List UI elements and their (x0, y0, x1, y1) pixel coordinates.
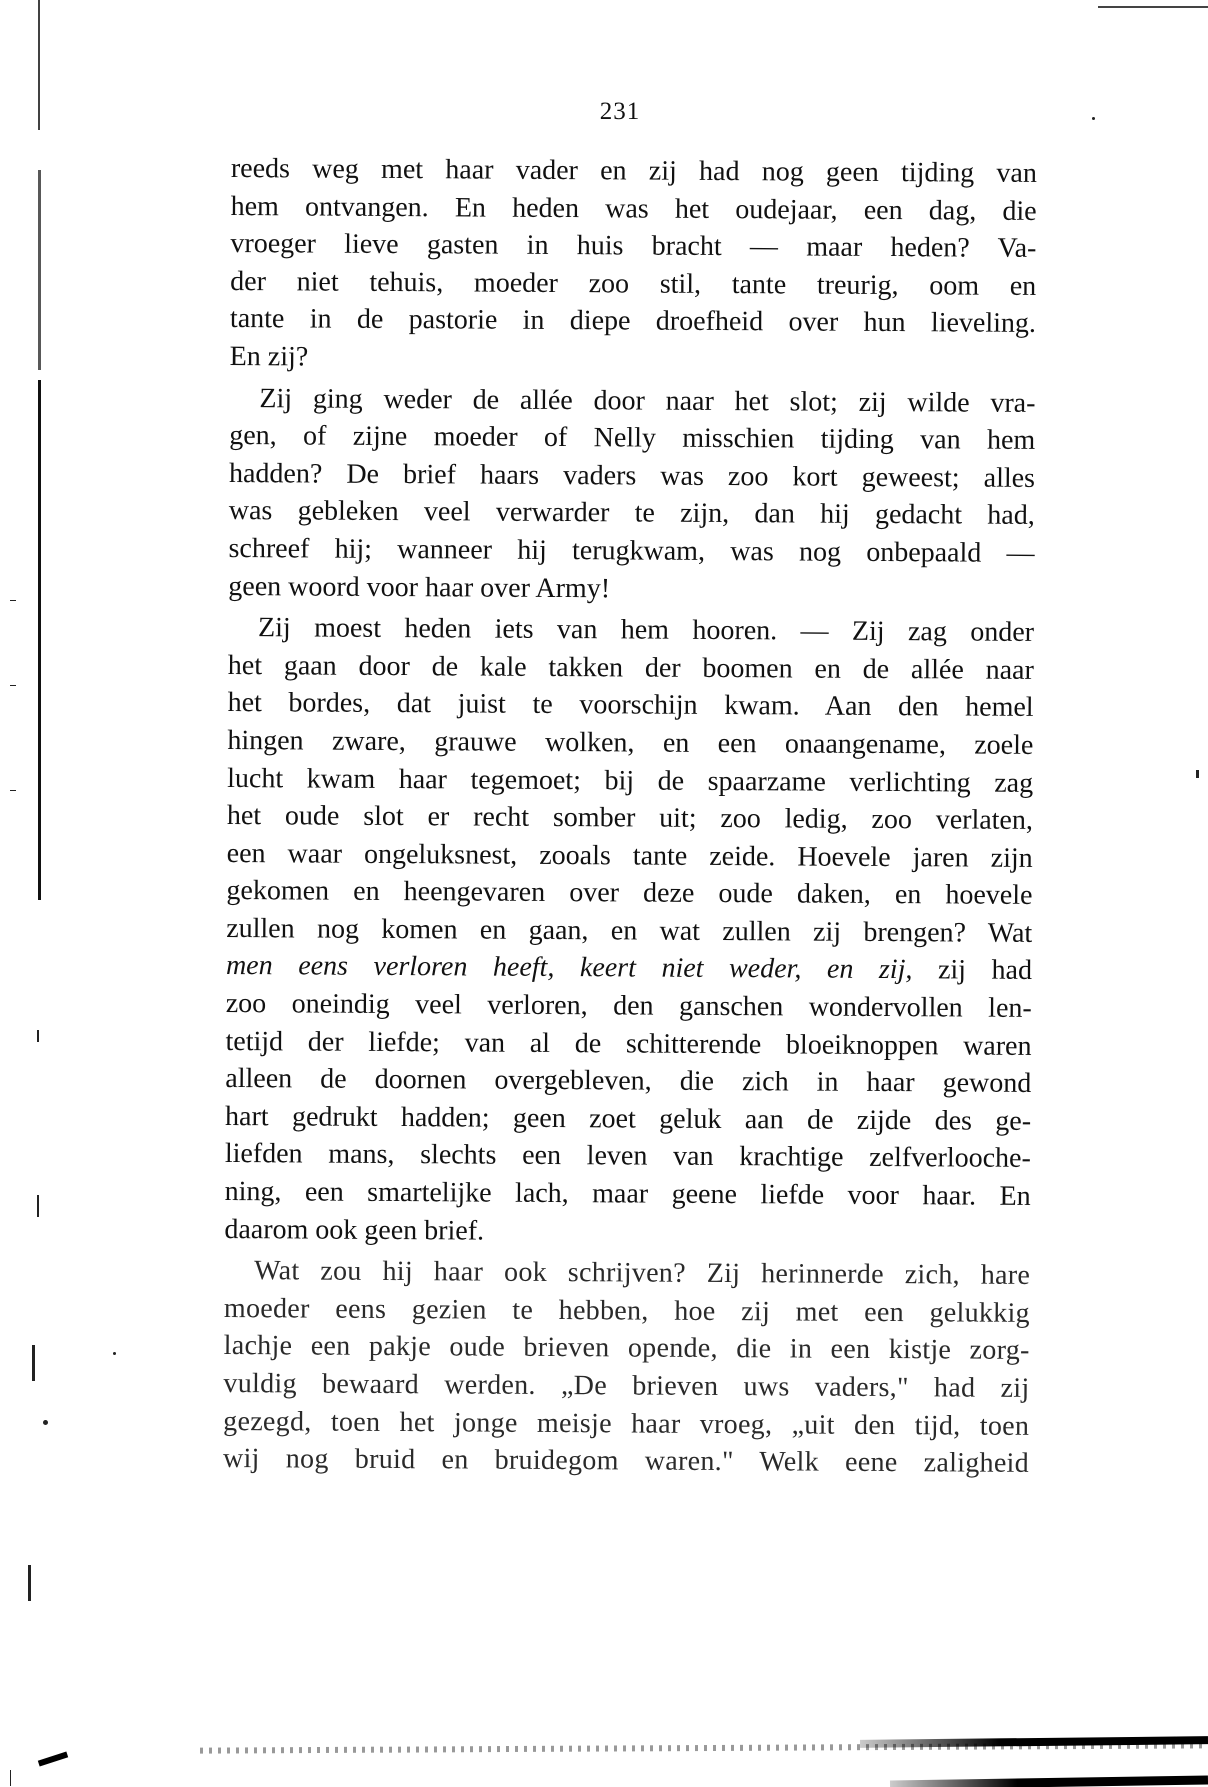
text-line: hem ontvangen. En heden was het oudejaar… (231, 188, 1037, 231)
text-line: Zij moest heden iets van hem hooren. — Z… (228, 609, 1034, 652)
text-line: geen woord voor haar over Army! (228, 568, 1034, 611)
text-line: het oude slot er recht somber uit; zoo l… (227, 797, 1033, 840)
emphasized-text: men eens verloren heeft, keert niet wede… (226, 950, 913, 985)
text-line: reeds weg met haar vader en zij had nog … (231, 150, 1037, 193)
text-line: lachje een pakje oude brieven opende, di… (224, 1327, 1030, 1370)
text-line: gen, of zijne moeder of Nelly misschien … (229, 417, 1035, 460)
text-line: wij nog bruid en bruidegom waren." Welk … (223, 1440, 1029, 1483)
scan-mark (10, 685, 16, 686)
text-line: was gebleken veel verwarder te zijn, dan… (229, 492, 1035, 535)
text-line: lucht kwam haar tegemoet; bij de spaarza… (227, 759, 1033, 802)
text-line: Zij ging weder de allée door naar het sl… (229, 380, 1035, 423)
text-line: een waar ongeluksnest, zooals tante zeid… (227, 835, 1033, 878)
scan-edge-left (38, 170, 41, 370)
scan-dot (1196, 770, 1199, 778)
scan-edge-left (38, 380, 41, 900)
page-number: 231 (16, 98, 1208, 126)
text-line: Wat zou hij haar ook schrijven? Zij heri… (224, 1252, 1030, 1295)
text-line: En zij? (230, 338, 1036, 381)
scan-mark (43, 1420, 48, 1425)
text-line: zullen nog komen en gaan, en wat zullen … (226, 910, 1032, 953)
scan-mark (37, 1195, 39, 1217)
text-line: der niet tehuis, moeder zoo stil, tante … (230, 263, 1036, 306)
text-line: liefden mans, slechts een leven van krac… (225, 1135, 1031, 1178)
body-text: reeds weg met haar vader en zij had nog … (223, 150, 1037, 1483)
scan-mark (10, 790, 16, 791)
text-line: gekomen en heengevaren over deze oude da… (226, 872, 1032, 915)
scan-mark (10, 600, 16, 601)
text-line: ning, een smartelijke lach, maar geene l… (225, 1173, 1031, 1216)
text-line: gezegd, toen het jonge meisje haar vroeg… (223, 1403, 1029, 1446)
text-line: het bordes, dat juist te voorschijn kwam… (228, 684, 1034, 727)
text-line: alleen de doornen overgebleven, die zich… (225, 1060, 1031, 1103)
text-line: vroeger lieve gasten in huis bracht — ma… (230, 225, 1036, 268)
scan-dot (113, 1352, 116, 1355)
book-page: 231 reeds weg met haar vader en zij had … (0, 0, 1208, 1787)
text-fragment: zij had (912, 955, 1032, 987)
text-line: hingen zware, grauwe wolken, en een onaa… (227, 722, 1033, 765)
text-line: hadden? De brief haars vaders was zoo ko… (229, 455, 1035, 498)
text-line: tetijd der liefde; van al de schitterend… (225, 1023, 1031, 1066)
text-line: moeder eens gezien te hebben, hoe zij me… (224, 1290, 1030, 1333)
text-line: tante in de pastorie in diepe droefheid … (230, 300, 1036, 343)
text-line: men eens verloren heeft, keert niet wede… (226, 947, 1032, 990)
text-line: daarom ook geen brief. (224, 1211, 1030, 1254)
text-line: hart gedrukt hadden; geen zoet geluk aan… (225, 1098, 1031, 1141)
text-line: schreef hij; wanneer hij terugkwam, was … (228, 530, 1034, 573)
text-line: vuldig bewaard werden. „De brieven uws v… (223, 1365, 1029, 1408)
scan-bottom-edge (890, 1776, 1208, 1787)
scan-mark (38, 1752, 68, 1767)
text-line: zoo oneindig veel verloren, den ganschen… (226, 985, 1032, 1028)
scan-mark (32, 1345, 35, 1381)
scan-mark (28, 1565, 31, 1601)
text-line: het gaan door de kale takken der boomen … (228, 647, 1034, 690)
scan-mark (37, 1030, 39, 1042)
scan-edge-rule (1098, 6, 1208, 8)
scan-mark (10, 1770, 11, 1786)
